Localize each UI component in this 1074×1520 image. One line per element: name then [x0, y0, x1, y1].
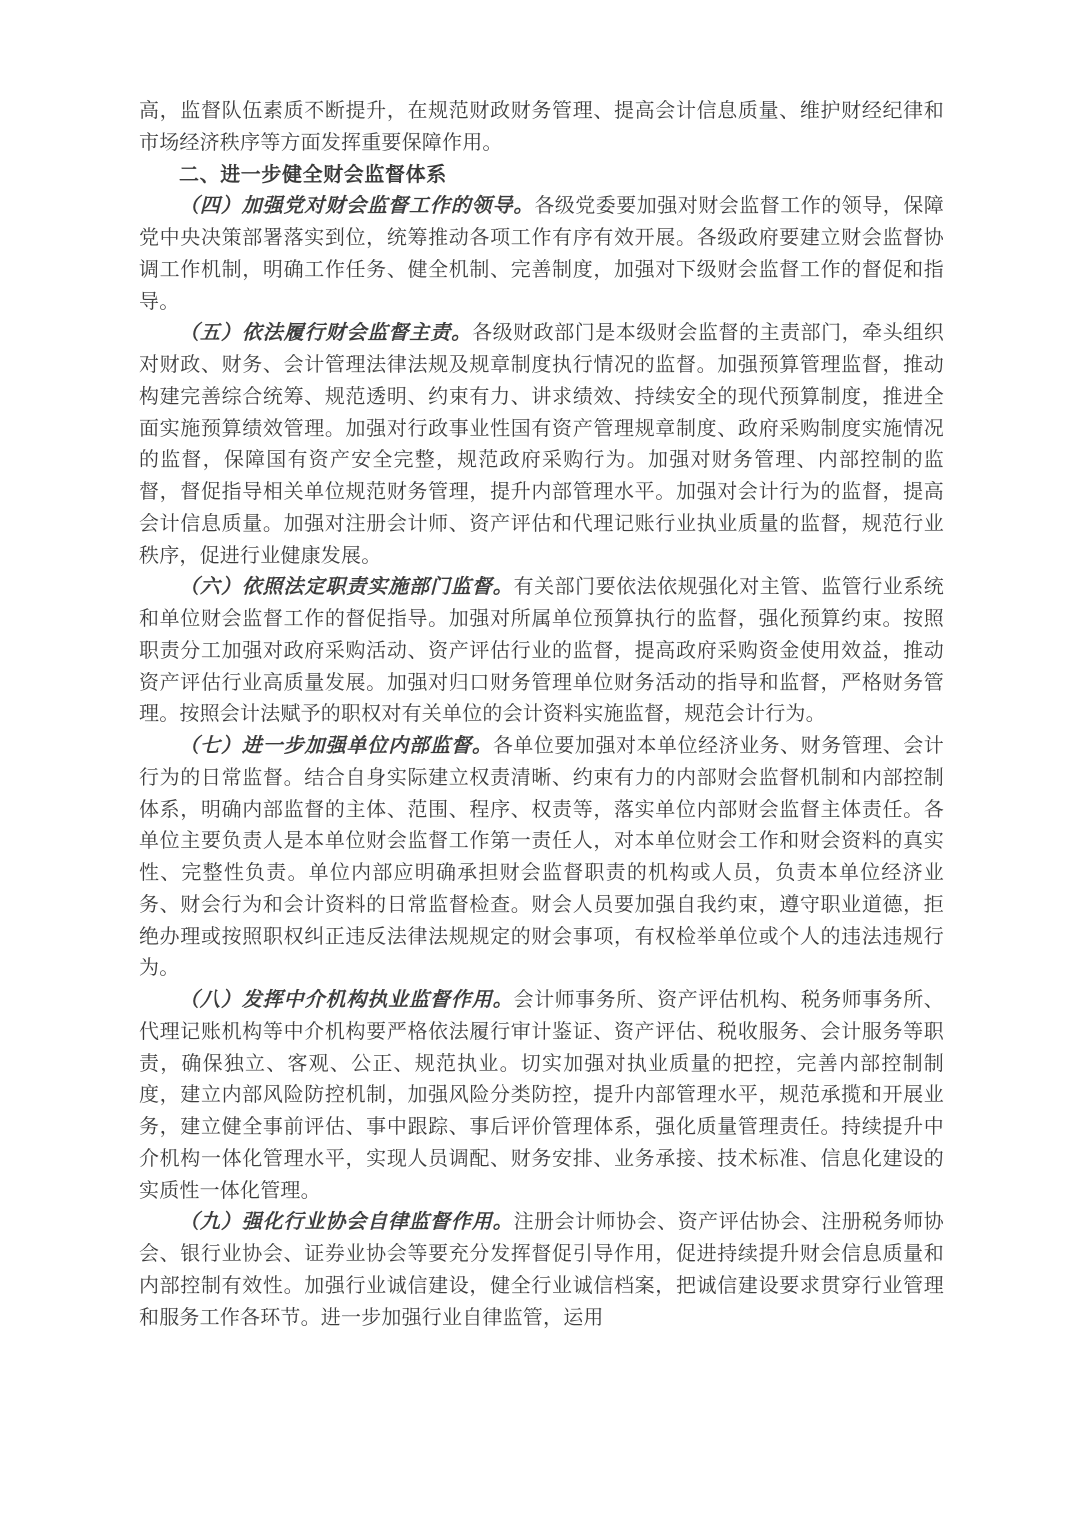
paragraph-item-4-lead: （四）加强党对财会监督工作的领导。: [179, 195, 534, 217]
paragraph-item-6: （六）依照法定职责实施部门监督。有关部门要依法依规强化对主管、监管行业系统和单位…: [139, 572, 944, 731]
paragraph-item-7: （七）进一步加强单位内部监督。各单位要加强对本单位经济业务、财务管理、会计行为的…: [139, 731, 944, 985]
paragraph-item-5-lead: （五）依法履行财会监督主责。: [179, 322, 472, 344]
paragraph-item-5: （五）依法履行财会监督主责。各级财政部门是本级财会监督的主责部门，牵头组织对财政…: [139, 318, 944, 572]
paragraph-continuation: 高，监督队伍素质不断提升，在规范财政财务管理、提高会计信息质量、维护财经纪律和市…: [139, 96, 944, 160]
paragraph-item-8-lead: （八）发挥中介机构执业监督作用。: [179, 989, 514, 1011]
paragraph-item-9-lead: （九）强化行业协会自律监督作用。: [179, 1211, 514, 1233]
section-heading: 二、进一步健全财会监督体系: [139, 160, 944, 192]
paragraph-item-8-body: 会计师事务所、资产评估机构、税务师事务所、代理记账机构等中介机构要严格依法履行审…: [139, 989, 944, 1202]
paragraph-item-5-body: 各级财政部门是本级财会监督的主责部门，牵头组织对财政、财务、会计管理法律法规及规…: [139, 322, 944, 566]
document-page: 高，监督队伍素质不断提升，在规范财政财务管理、提高会计信息质量、维护财经纪律和市…: [0, 0, 1074, 1520]
paragraph-item-6-body: 有关部门要依法依规强化对主管、监管行业系统和单位财会监督工作的督促指导。加强对所…: [139, 576, 944, 725]
text-block: 高，监督队伍素质不断提升，在规范财政财务管理、提高会计信息质量、维护财经纪律和市…: [139, 96, 944, 1334]
paragraph-item-4: （四）加强党对财会监督工作的领导。各级党委要加强对财会监督工作的领导，保障党中央…: [139, 191, 944, 318]
paragraph-item-7-lead: （七）进一步加强单位内部监督。: [179, 735, 493, 757]
paragraph-item-7-body: 各单位要加强对本单位经济业务、财务管理、会计行为的日常监督。结合自身实际建立权责…: [139, 735, 944, 979]
paragraph-item-6-lead: （六）依照法定职责实施部门监督。: [179, 576, 514, 598]
paragraph-item-8: （八）发挥中介机构执业监督作用。会计师事务所、资产评估机构、税务师事务所、代理记…: [139, 985, 944, 1207]
paragraph-item-9: （九）强化行业协会自律监督作用。注册会计师协会、资产评估协会、注册税务师协会、银…: [139, 1207, 944, 1334]
